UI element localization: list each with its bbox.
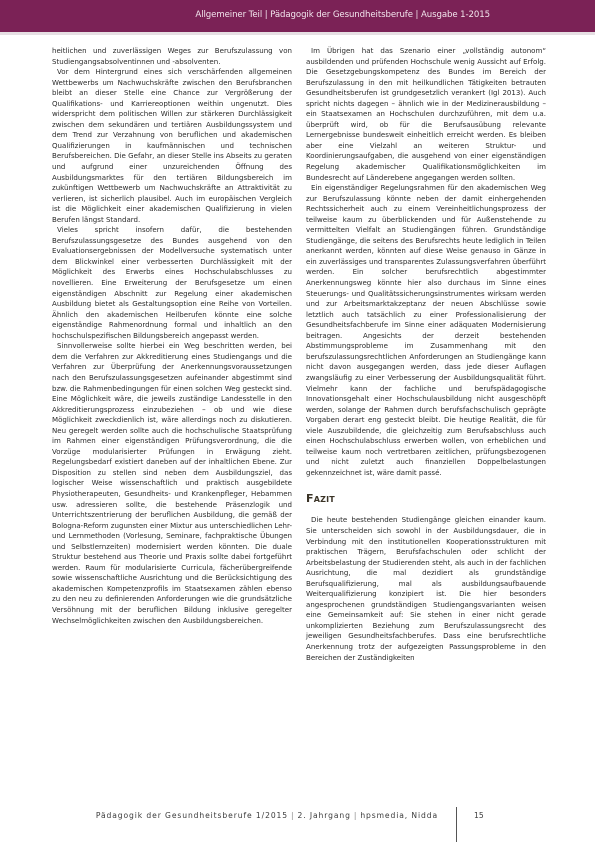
paragraph: Im Übrigen hat das Szenario einer „volls… (306, 46, 546, 183)
section-heading-fazit: Fazit (306, 493, 546, 505)
footer: Pädagogik der Gesundheitsberufe 1/2015|2… (0, 811, 595, 842)
left-column: heitlichen und zuverlässigen Weges zur B… (52, 46, 292, 626)
footer-journal: Pädagogik der Gesundheitsberufe 1/2015 (96, 811, 288, 820)
header-divider (0, 32, 595, 35)
paragraph: Vor dem Hintergrund eines sich verschärf… (52, 67, 292, 225)
footer-separator: | (354, 811, 357, 820)
paragraph: Vieles spricht insofern dafür, die beste… (52, 225, 292, 341)
footer-publisher: hpsmedia, Nidda (360, 811, 438, 820)
footer-volume: 2. Jahrgang (298, 811, 351, 820)
paragraph: Die heute bestehenden Studiengänge gleic… (306, 515, 546, 663)
running-head: Allgemeiner Teil | Pädagogik der Gesundh… (195, 10, 490, 20)
page-number: 15 (474, 811, 484, 820)
right-column: Im Übrigen hat das Szenario einer „volls… (306, 46, 546, 663)
footer-vertical-rule (456, 807, 457, 842)
footer-separator: | (291, 811, 294, 820)
paragraph: heitlichen und zuverlässigen Weges zur B… (52, 46, 292, 67)
paragraph: Ein eigenständiger Regelungsrahmen für d… (306, 183, 546, 478)
footer-citation: Pädagogik der Gesundheitsberufe 1/2015|2… (96, 811, 438, 820)
paragraph: Sinnvollerweise sollte hierbei ein Weg b… (52, 341, 292, 626)
